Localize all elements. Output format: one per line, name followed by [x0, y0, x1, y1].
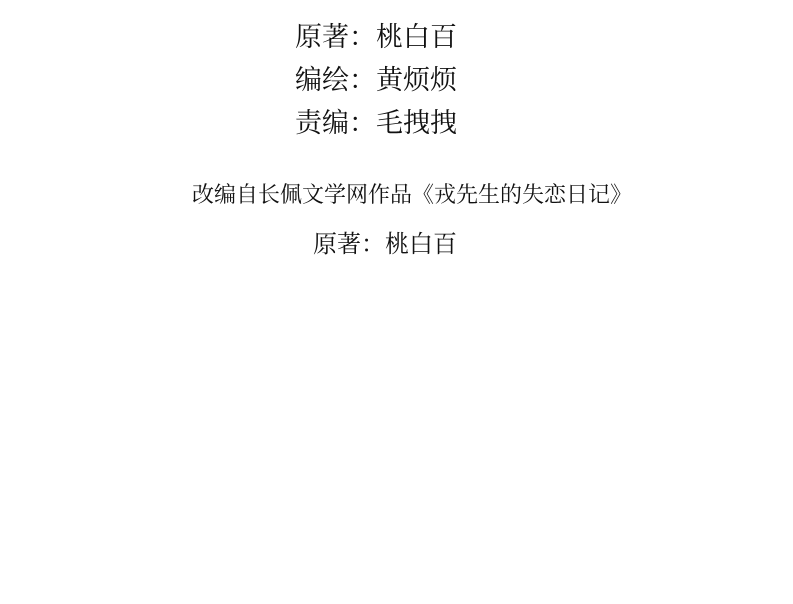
credit-line-original-author: 原著：桃白百: [295, 24, 457, 51]
credit-line-editor: 责编：毛拽拽: [295, 110, 457, 137]
credit-line-illustrator: 编绘：黄烦烦: [295, 67, 457, 94]
original-author-footer-line: 原著：桃白百: [313, 233, 457, 257]
adaptation-source-note: 改编自长佩文学网作品《戎先生的失恋日记》: [192, 184, 632, 206]
credits-page: 原著：桃白百 编绘：黄烦烦 责编：毛拽拽 改编自长佩文学网作品《戎先生的失恋日记…: [0, 0, 793, 604]
